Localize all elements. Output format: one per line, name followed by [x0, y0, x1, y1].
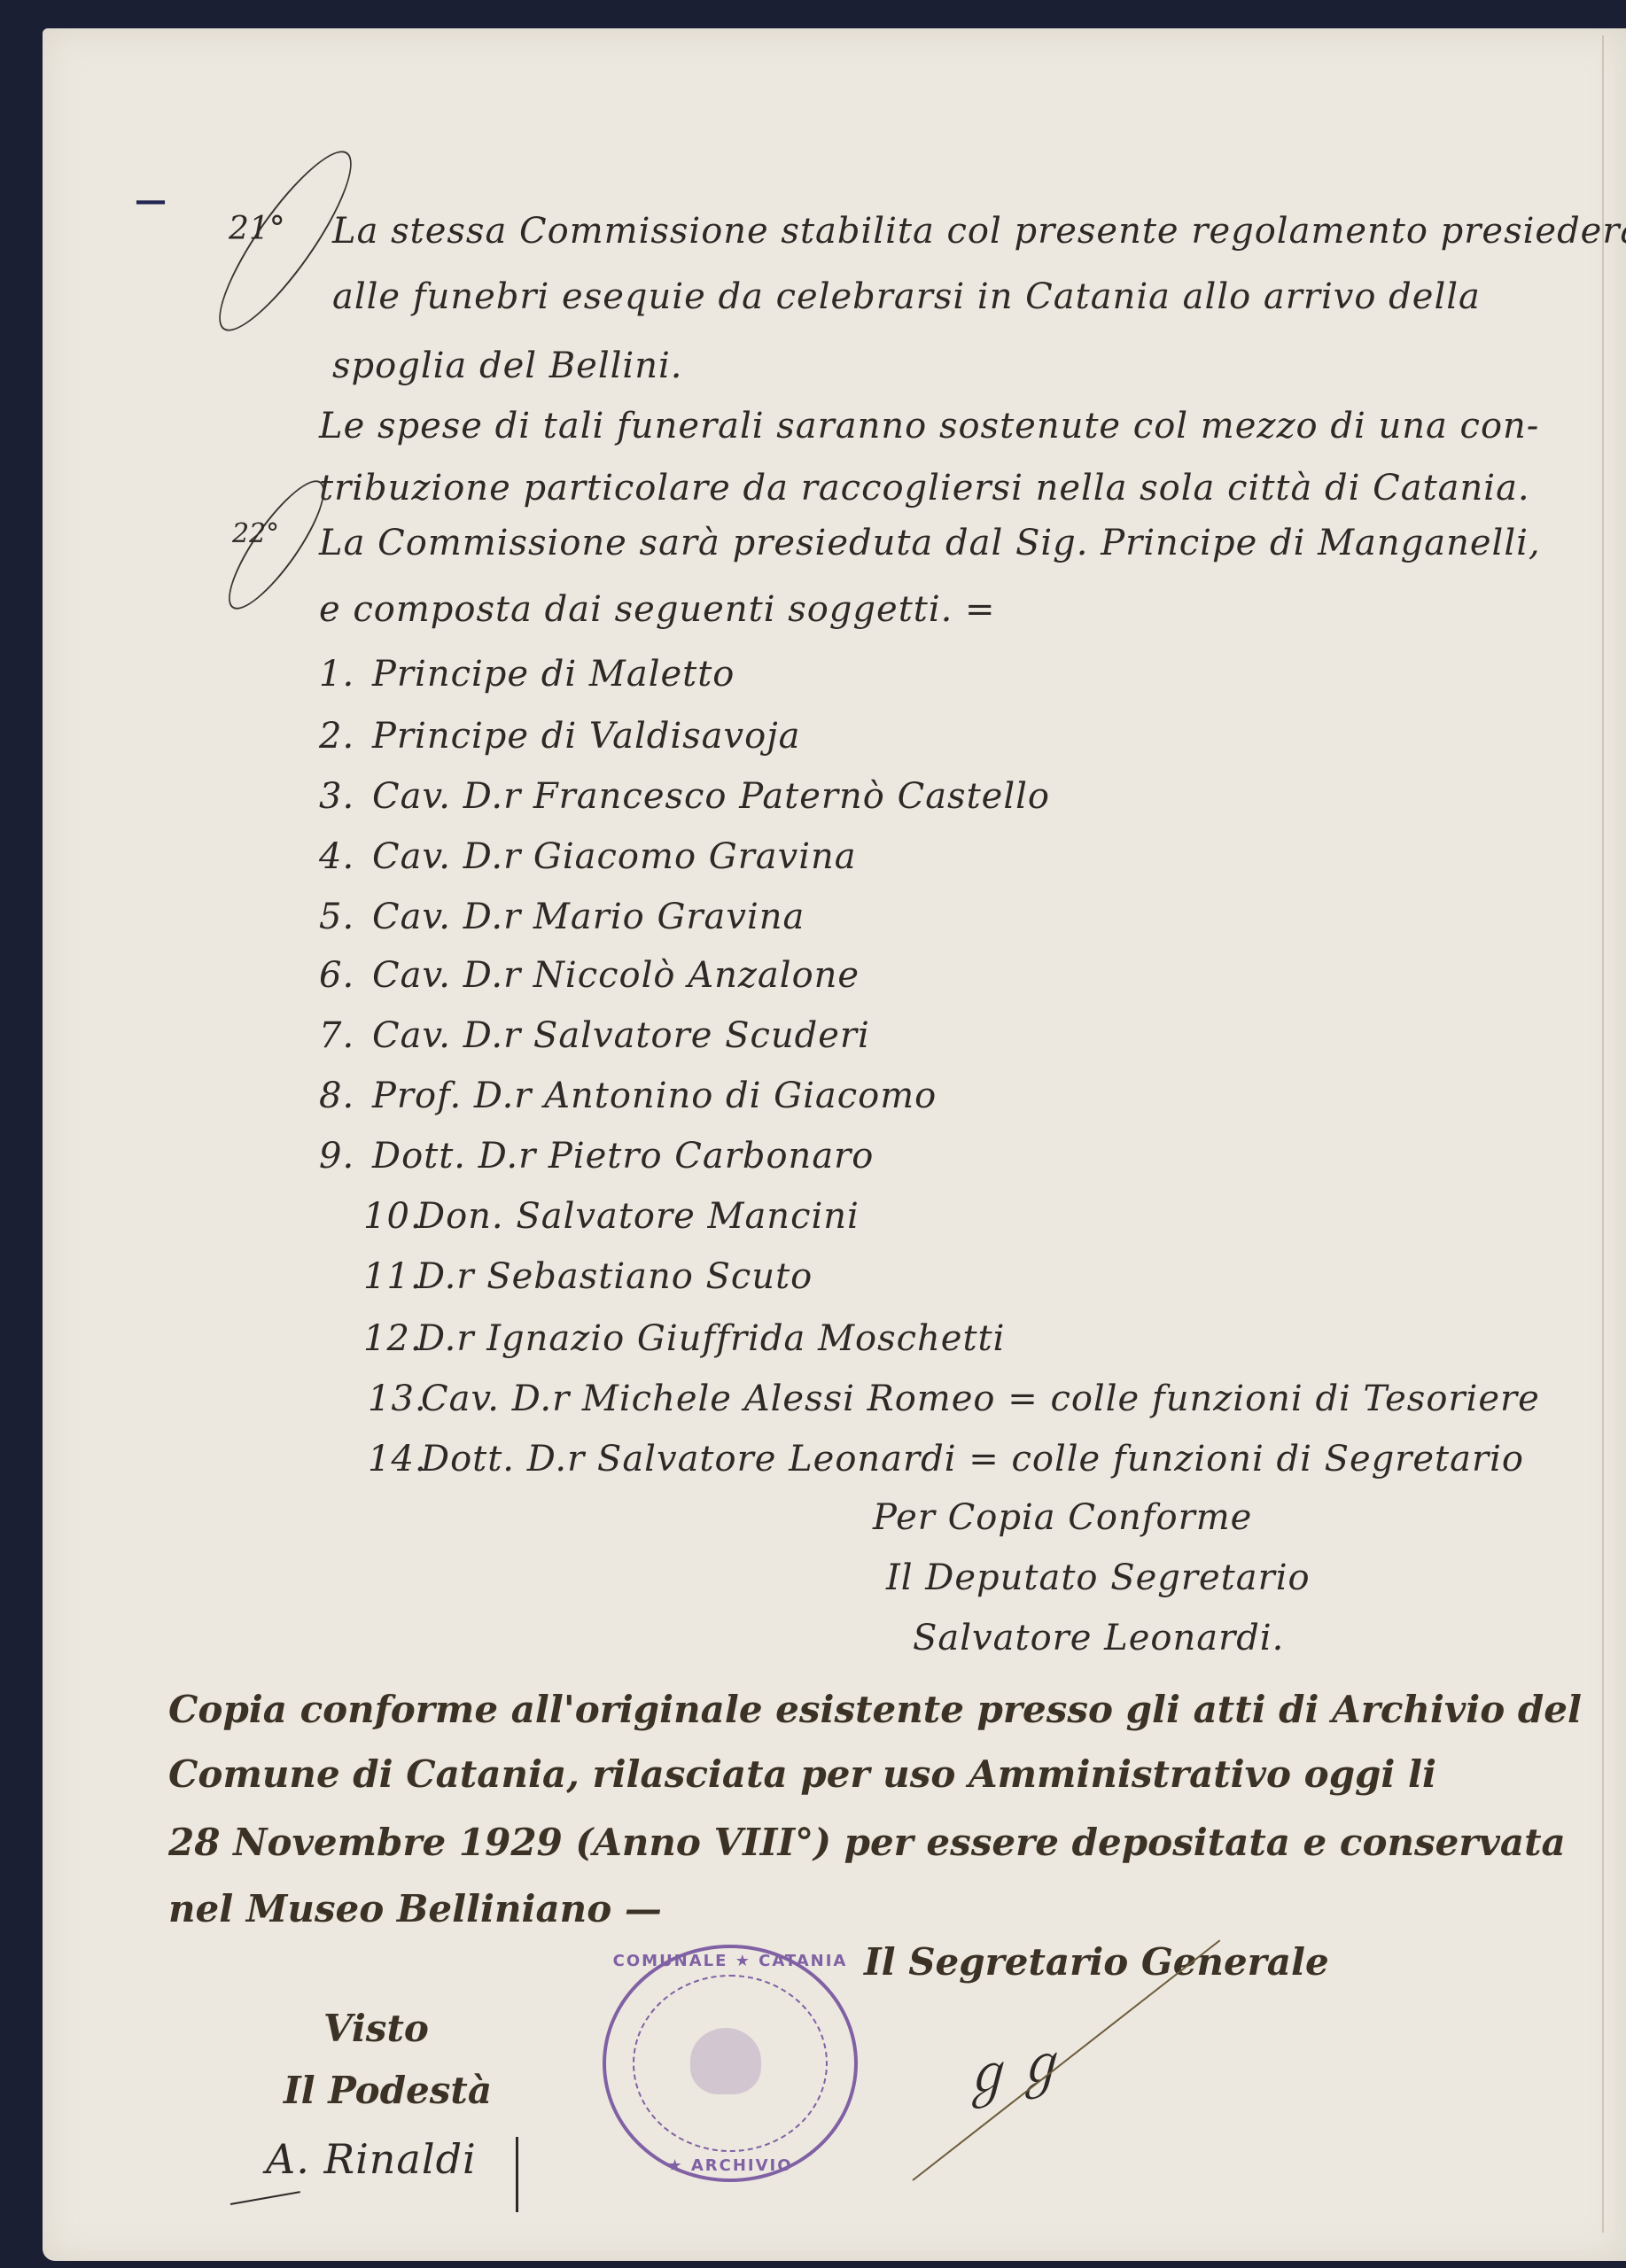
member-name: Cav. D.r Mario Gravina: [372, 897, 805, 937]
member-item: 13.Cav. D.r Michele Alessi Romeo = colle…: [368, 1379, 1540, 1419]
article-21-line-2: alle funebri esequie da celebrarsi in Ca…: [332, 276, 1481, 317]
article-21-line-1: La stessa Commissione stabilita col pres…: [332, 211, 1626, 252]
member-item: 1.Principe di Maletto: [319, 654, 735, 695]
article-21-line-5: tribuzione particolare da raccogliersi n…: [319, 468, 1530, 509]
certification-line-3: 28 Novembre 1929 (Anno VIII°) per essere…: [168, 1821, 1566, 1864]
member-name: Cav. D.r Niccolò Anzalone: [372, 955, 860, 996]
certification-line-2: Comune di Catania, rilasciata per uso Am…: [168, 1752, 1436, 1796]
member-item: 3.Cav. D.r Francesco Paternò Castello: [319, 776, 1050, 817]
stamp-top-text: COMUNALE ★ CATANIA: [606, 1952, 854, 1970]
stamp-emblem-icon: [690, 2028, 761, 2094]
member-item: 2.Principe di Valdisavoja: [319, 716, 800, 757]
member-name: D.r Sebastiano Scuto: [416, 1256, 813, 1297]
podesta-signature: A. Rinaldi: [266, 2135, 477, 2183]
member-item: 12.D.r Ignazio Giuffrida Moschetti: [363, 1318, 1005, 1359]
certification-line-4: nel Museo Belliniano —: [168, 1887, 662, 1930]
article-22-line-2: e composta dai seguenti soggetti. =: [319, 589, 996, 630]
certification-line-1: Copia conforme all'originale esistente p…: [168, 1688, 1582, 1731]
member-item: 6.Cav. D.r Niccolò Anzalone: [319, 955, 860, 996]
visto-label: Visto: [323, 2007, 429, 2050]
bleed-through-text: [966, 656, 1444, 762]
member-name: Don. Salvatore Mancini: [416, 1196, 860, 1237]
member-item: 5.Cav. D.r Mario Gravina: [319, 897, 805, 937]
stamp-bottom-text: ★ ARCHIVIO: [606, 2156, 854, 2175]
member-item: 14.Dott. D.r Salvatore Leonardi = colle …: [368, 1439, 1524, 1480]
secretary-title: Il Segretario Generale: [864, 1940, 1329, 1984]
page-fold-edge: [1602, 35, 1604, 2233]
article-21-number: 21°: [229, 211, 285, 247]
member-name: Cav. D.r Salvatore Scuderi: [372, 1015, 870, 1056]
copy-attestation-line-3: Salvatore Leonardi.: [913, 1618, 1284, 1658]
member-item: 7.Cav. D.r Salvatore Scuderi: [319, 1015, 870, 1056]
podesta-signature-bracket: [516, 2137, 518, 2212]
copy-attestation-line-1: Per Copia Conforme: [873, 1497, 1252, 1538]
member-name: Principe di Valdisavoja: [372, 716, 800, 757]
podesta-title: Il Podestà: [284, 2069, 492, 2112]
article-21-line-3: spoglia del Bellini.: [332, 346, 682, 386]
copy-attestation-line-2: Il Deputato Segretario: [886, 1557, 1311, 1598]
article-21-line-4: Le spese di tali funerali saranno sosten…: [319, 406, 1539, 447]
archive-stamp: COMUNALE ★ CATANIA ★ ARCHIVIO: [603, 1945, 858, 2182]
member-item: 8.Prof. D.r Antonino di Giacomo: [319, 1076, 937, 1116]
member-name: Dott. D.r Salvatore Leonardi = colle fun…: [421, 1439, 1524, 1480]
member-name: Dott. D.r Pietro Carbonaro: [372, 1136, 874, 1177]
member-item: 4.Cav. D.r Giacomo Gravina: [319, 836, 857, 877]
article-22-line-1: La Commissione sarà presieduta dal Sig. …: [319, 523, 1541, 563]
member-name: Prof. D.r Antonino di Giacomo: [372, 1076, 937, 1116]
member-item: 11.D.r Sebastiano Scuto: [363, 1256, 813, 1297]
member-item: 10.Don. Salvatore Mancini: [363, 1196, 860, 1237]
member-name: Principe di Maletto: [372, 654, 735, 695]
member-name: D.r Ignazio Giuffrida Moschetti: [416, 1318, 1005, 1359]
member-name: Cav. D.r Michele Alessi Romeo = colle fu…: [421, 1379, 1540, 1419]
article-22-number: 22°: [232, 518, 279, 549]
margin-mark: —: [135, 182, 167, 219]
member-name: Cav. D.r Francesco Paternò Castello: [372, 776, 1050, 817]
member-item: 9.Dott. D.r Pietro Carbonaro: [319, 1136, 874, 1177]
member-name: Cav. D.r Giacomo Gravina: [372, 836, 857, 877]
